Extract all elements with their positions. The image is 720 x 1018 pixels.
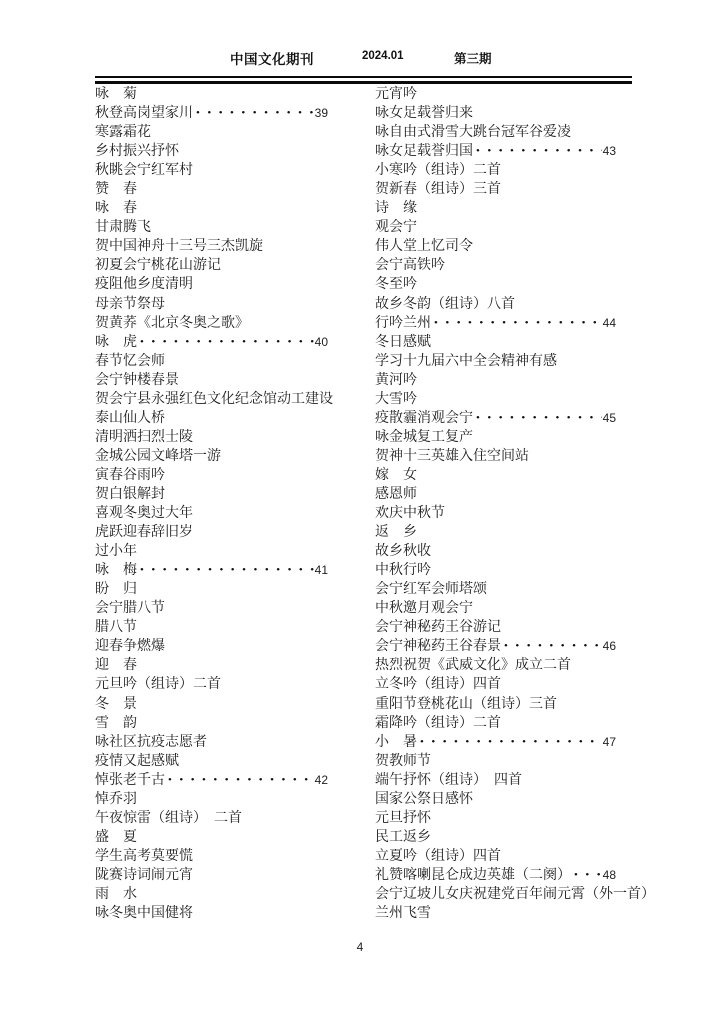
entry-title: 欢庆中秋节 [375,504,445,523]
toc-entry: 贺中国神舟十三号三杰凯旋 [95,237,328,256]
toc-entry: 会宁钟楼春景 [95,371,328,390]
toc-entry: 欢庆中秋节 [375,504,616,523]
toc-entry: 腊八节 [95,618,328,637]
toc-entry: 虎跃迎春辞旧岁 [95,523,328,542]
toc-entry: 盼 归 [95,580,328,599]
dot-leader: •••••••••••••••••••••••••••••••••••••••• [137,333,314,352]
toc-entry: 民工返乡 [375,828,616,847]
entry-title: 大雪吟 [375,390,417,409]
entry-title: 咏女足载誉归来 [375,104,473,123]
entry-title: 元宵吟 [375,85,417,104]
toc-entry: 咏 菊 [95,85,328,104]
entry-title: 咏冬奥中国健将 [95,904,193,923]
dot-leader: •••••••••••••••••••••••••••••••••••••••• [165,771,314,790]
entry-title: 热烈祝贺《武威文化》成立二首 [375,656,571,675]
toc-entry: 冬日感赋 [375,333,616,352]
entry-title: 贺会宁县永强红色文化纪念馆动工建设 [95,390,333,409]
entry-title: 会宁高铁吟 [375,256,445,275]
entry-title: 会宁红军会师塔颂 [375,580,487,599]
toc-entry: 寒露霜花 [95,123,328,142]
entry-title: 寅春谷雨吟 [95,466,165,485]
toc-entry: 金城公园文峰塔一游 [95,447,328,466]
toc-entry: 行吟兰州••••••••••••••••••••••••••••••••••••… [375,314,616,333]
toc-entry: 贺神十三英雄入住空间站 [375,447,616,466]
toc-entry: 立冬吟（组诗）四首 [375,675,616,694]
entry-title: 寒露霜花 [95,123,151,142]
entry-title: 咏金城复工复产 [375,428,473,447]
entry-title: 学生高考莫要慌 [95,847,193,866]
dot-leader: •••••••••••••••••••••••••••••••••••••••• [431,314,602,333]
entry-title: 小 暑 [375,733,417,752]
toc-entry: 学习十九届六中全会精神有感 [375,352,616,371]
entry-title: 咏女足载誉归国 [375,142,473,161]
entry-title: 元旦抒怀 [375,809,431,828]
toc-entry: 迎 春 [95,656,328,675]
entry-title: 喜观冬奥过大年 [95,504,193,523]
entry-title: 黄河吟 [375,371,417,390]
dot-leader: •••••••••••••••••••••••••••••••••••••••• [137,561,314,580]
entry-page-number: 47 [602,733,616,752]
entry-title: 陇赛诗词闹元宵 [95,866,193,885]
dot-leader: •••••••••••••••••••••••••••••••••••••••• [473,409,602,428]
toc-entry: 国家公祭日感怀 [375,790,616,809]
toc-entry: 咏 虎•••••••••••••••••••••••••••••••••••••… [95,333,328,352]
toc-entry: 感恩师 [375,485,616,504]
toc-column-left: 咏 菊秋登高岗望家川••••••••••••••••••••••••••••••… [95,85,328,923]
entry-title: 乡村振兴抒怀 [95,142,179,161]
entry-title: 盛 夏 [95,828,137,847]
toc-entry: 会宁腊八节 [95,599,328,618]
entry-title: 兰州飞雪 [375,904,431,923]
entry-title: 感恩师 [375,485,417,504]
entry-title: 贺中国神舟十三号三杰凯旋 [95,237,263,256]
toc-entry: 贺教师节 [375,752,616,771]
toc-entry: 会宁辽坡儿女庆祝建党百年闹元霄（外一首） [375,885,616,904]
entry-title: 会宁钟楼春景 [95,371,179,390]
toc-entry: 秋登高岗望家川•••••••••••••••••••••••••••••••••… [95,104,328,123]
toc-entry: 贺新春（组诗）三首 [375,180,616,199]
entry-title: 重阳节登桃花山（组诗）三首 [375,695,557,714]
toc-entry: 咏女足载誉归来 [375,104,616,123]
dot-leader: •••••••••••••••••••••••••••••••••••••••• [193,104,314,123]
entry-page-number: 45 [602,409,616,428]
toc-entry: 立夏吟（组诗）四首 [375,847,616,866]
toc-entry: 冬 景 [95,695,328,714]
toc-entry: 悼张老千古•••••••••••••••••••••••••••••••••••… [95,771,328,790]
entry-title: 过小年 [95,542,137,561]
entry-title: 咏 菊 [95,85,137,104]
entry-title: 会宁辽坡儿女庆祝建党百年闹元霄（外一首） [375,885,655,904]
entry-title: 甘肃腾飞 [95,218,151,237]
entry-title: 赞 春 [95,180,137,199]
toc-entry: 中秋邀月观会宁 [375,599,616,618]
toc-entry: 春节忆会师 [95,352,328,371]
entry-title: 初夏会宁桃花山游记 [95,256,221,275]
entry-title: 学习十九届六中全会精神有感 [375,352,557,371]
entry-title: 悼张老千古 [95,771,165,790]
toc-entry: 故乡冬韵（组诗）八首 [375,295,616,314]
entry-page-number: 46 [602,637,616,656]
toc-entry: 雪 韵 [95,714,328,733]
toc-entry: 故乡秋收 [375,542,616,561]
toc-entry: 悼乔羽 [95,790,328,809]
entry-title: 咏社区抗疫志愿者 [95,733,207,752]
toc-entry: 贺白银解封 [95,485,328,504]
issue-date: 2024.01 [362,50,404,62]
toc-entry: 学生高考莫要慌 [95,847,328,866]
entry-title: 泰山仙人桥 [95,409,165,428]
entry-title: 返 乡 [375,523,417,542]
toc-entry: 返 乡 [375,523,616,542]
toc-entry: 清明洒扫烈士陵 [95,428,328,447]
entry-title: 迎春争燃爆 [95,637,165,656]
entry-title: 冬日感赋 [375,333,431,352]
entry-title: 春节忆会师 [95,352,165,371]
toc-entry: 诗 缘 [375,199,616,218]
toc-entry: 泰山仙人桥 [95,409,328,428]
entry-title: 午夜惊雷（组诗） 二首 [95,809,242,828]
entry-title: 元旦吟（组诗）二首 [95,675,221,694]
entry-title: 雪 韵 [95,714,137,733]
entry-title: 贺教师节 [375,752,431,771]
entry-title: 会宁腊八节 [95,599,165,618]
toc-entry: 咏社区抗疫志愿者 [95,733,328,752]
entry-title: 贺白银解封 [95,485,165,504]
entry-title: 伟人堂上忆司令 [375,237,473,256]
toc-entry: 午夜惊雷（组诗） 二首 [95,809,328,828]
toc-entry: 贺黄荞《北京冬奥之歌》 [95,314,328,333]
entry-title: 会宁神秘药王谷游记 [375,618,501,637]
toc-entry: 热烈祝贺《武威文化》成立二首 [375,656,616,675]
toc-entry: 咏 春 [95,199,328,218]
entry-title: 咏自由式滑雪大跳台冠军谷爱凌 [375,123,571,142]
toc-entry: 端午抒怀（组诗） 四首 [375,771,616,790]
toc-entry: 大雪吟 [375,390,616,409]
toc-entry: 小寒吟（组诗）二首 [375,161,616,180]
entry-title: 立夏吟（组诗）四首 [375,847,501,866]
toc-entry: 霜降吟（组诗）二首 [375,714,616,733]
toc-entry: 甘肃腾飞 [95,218,328,237]
toc-entry: 兰州飞雪 [375,904,616,923]
entry-title: 母亲节祭母 [95,295,165,314]
toc-entry: 元旦抒怀 [375,809,616,828]
toc-entry: 礼赞喀喇昆仑成边英雄（二阕）••••••••••••••••••••••••••… [375,866,616,885]
dot-leader: •••••••••••••••••••••••••••••••••••••••• [571,866,602,885]
toc-column-right: 元宵吟咏女足载誉归来咏自由式滑雪大跳台冠军谷爱凌咏女足载誉归国•••••••••… [375,85,616,923]
entry-page-number: 41 [314,561,328,580]
entry-title: 贺新春（组诗）三首 [375,180,501,199]
toc-entry: 陇赛诗词闹元宵 [95,866,328,885]
entry-title: 中秋邀月观会宁 [375,599,473,618]
toc-entry: 初夏会宁桃花山游记 [95,256,328,275]
toc-entry: 过小年 [95,542,328,561]
entry-title: 冬 景 [95,695,137,714]
entry-title: 清明洒扫烈士陵 [95,428,193,447]
entry-page-number: 40 [314,333,328,352]
page-header: 中国文化期刊 2024.01 第三期 [0,0,720,76]
entry-title: 虎跃迎春辞旧岁 [95,523,193,542]
entry-title: 咏 梅 [95,561,137,580]
entry-title: 腊八节 [95,618,137,637]
toc-entry: 雨 水 [95,885,328,904]
toc-entry: 咏冬奥中国健将 [95,904,328,923]
toc-entry: 重阳节登桃花山（组诗）三首 [375,695,616,714]
entry-title: 冬至吟 [375,275,417,294]
toc-entry: 观会宁 [375,218,616,237]
entry-page-number: 42 [314,771,328,790]
entry-title: 贺黄荞《北京冬奥之歌》 [95,314,249,333]
toc-entry: 乡村振兴抒怀 [95,142,328,161]
header-divider-rule [95,76,632,84]
entry-title: 观会宁 [375,218,417,237]
dot-leader: •••••••••••••••••••••••••••••••••••••••• [473,142,602,161]
toc-entry: 会宁神秘药王谷游记 [375,618,616,637]
entry-title: 疫情又起感赋 [95,752,179,771]
toc-entry: 伟人堂上忆司令 [375,237,616,256]
toc-entry: 冬至吟 [375,275,616,294]
toc-entry: 秋眺会宁红军村 [95,161,328,180]
entry-title: 嫁 女 [375,466,417,485]
entry-title: 礼赞喀喇昆仑成边英雄（二阕） [375,866,571,885]
entry-title: 民工返乡 [375,828,431,847]
dot-leader: •••••••••••••••••••••••••••••••••••••••• [501,637,602,656]
toc-entry: 疫散霾消观会宁•••••••••••••••••••••••••••••••••… [375,409,616,428]
entry-title: 霜降吟（组诗）二首 [375,714,501,733]
toc-entry: 元宵吟 [375,85,616,104]
entry-title: 雨 水 [95,885,137,904]
dot-leader: •••••••••••••••••••••••••••••••••••••••• [417,733,602,752]
toc-entry: 咏女足载誉归国•••••••••••••••••••••••••••••••••… [375,142,616,161]
entry-title: 咏 春 [95,199,137,218]
entry-title: 中秋行吟 [375,561,431,580]
entry-title: 会宁神秘药王谷春景 [375,637,501,656]
toc-entry: 咏金城复工复产 [375,428,616,447]
toc-entry: 疫阻他乡度清明 [95,275,328,294]
toc-entry: 会宁高铁吟 [375,256,616,275]
toc-entry: 疫情又起感赋 [95,752,328,771]
entry-title: 秋眺会宁红军村 [95,161,193,180]
toc-entry: 贺会宁县永强红色文化纪念馆动工建设 [95,390,328,409]
entry-page-number: 39 [314,104,328,123]
entry-title: 诗 缘 [375,199,417,218]
toc-entry: 盛 夏 [95,828,328,847]
entry-title: 贺神十三英雄入住空间站 [375,447,529,466]
toc-entry: 黄河吟 [375,371,616,390]
entry-title: 盼 归 [95,580,137,599]
entry-title: 国家公祭日感怀 [375,790,473,809]
entry-title: 故乡冬韵（组诗）八首 [375,295,515,314]
entry-title: 秋登高岗望家川 [95,104,193,123]
toc-entry: 咏 梅•••••••••••••••••••••••••••••••••••••… [95,561,328,580]
entry-title: 端午抒怀（组诗） 四首 [375,771,522,790]
issue-number: 第三期 [454,49,492,67]
toc-entry: 咏自由式滑雪大跳台冠军谷爱凌 [375,123,616,142]
page-number: 4 [357,940,364,954]
entry-title: 小寒吟（组诗）二首 [375,161,501,180]
entry-title: 疫阻他乡度清明 [95,275,193,294]
entry-title: 故乡秋收 [375,542,431,561]
toc-entry: 会宁红军会师塔颂 [375,580,616,599]
entry-title: 行吟兰州 [375,314,431,333]
toc-entry: 元旦吟（组诗）二首 [95,675,328,694]
page-footer: 4 [0,938,720,956]
toc-entry: 迎春争燃爆 [95,637,328,656]
toc-entry: 喜观冬奥过大年 [95,504,328,523]
entry-title: 疫散霾消观会宁 [375,409,473,428]
document-page: 中国文化期刊 2024.01 第三期 咏 菊秋登高岗望家川•••••••••••… [0,0,720,1018]
toc-entry: 嫁 女 [375,466,616,485]
toc-entry: 会宁神秘药王谷春景•••••••••••••••••••••••••••••••… [375,637,616,656]
entry-title: 咏 虎 [95,333,137,352]
entry-page-number: 48 [602,866,616,885]
journal-title: 中国文化期刊 [230,48,314,68]
toc-entry: 母亲节祭母 [95,295,328,314]
entry-title: 金城公园文峰塔一游 [95,447,221,466]
entry-page-number: 43 [602,142,616,161]
entry-title: 悼乔羽 [95,790,137,809]
entry-title: 立冬吟（组诗）四首 [375,675,501,694]
toc-entry: 中秋行吟 [375,561,616,580]
entry-title: 迎 春 [95,656,137,675]
entry-page-number: 44 [602,314,616,333]
toc-entry: 赞 春 [95,180,328,199]
toc-entry: 小 暑•••••••••••••••••••••••••••••••••••••… [375,733,616,752]
toc-entry: 寅春谷雨吟 [95,466,328,485]
